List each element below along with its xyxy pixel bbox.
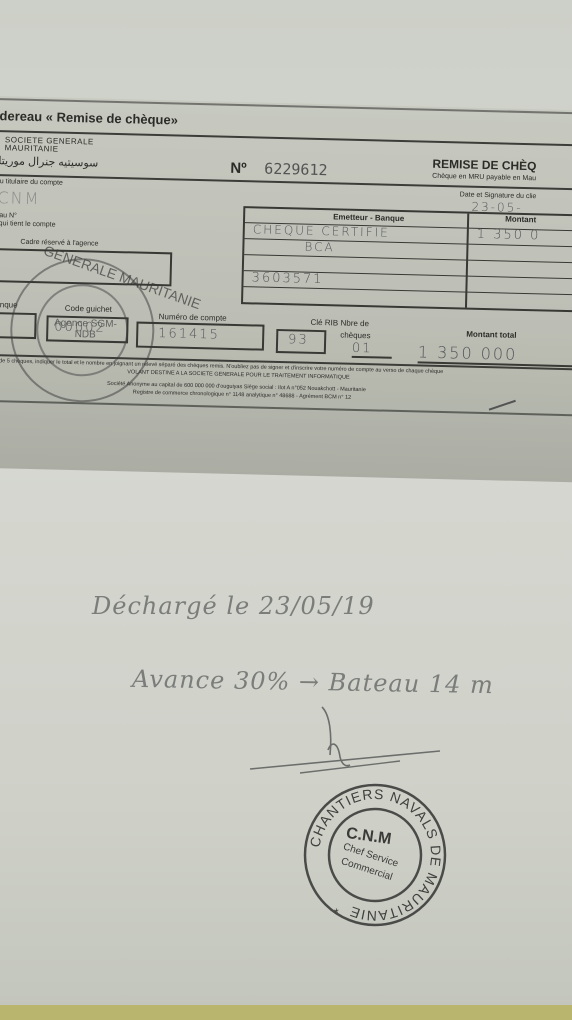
table-row-1-amount: 1 350 0: [477, 227, 541, 244]
bank-code-label: banque: [0, 300, 18, 310]
slip-number: 6229612: [264, 160, 328, 180]
account-number-box: 161415: [136, 322, 265, 351]
deposit-slip: dereau « Remise de chèque» SOCIETE GENER…: [0, 96, 572, 483]
company-stamp: CHANTIERS NAVALS DE MAURITANIE C.N.M Che…: [300, 780, 450, 930]
holder-value: CNM: [0, 188, 41, 208]
holder-label: du titulaire du compte: [0, 178, 63, 187]
table-row-2-emitter: BCA: [304, 240, 335, 255]
cheque-count-value: 01: [352, 341, 392, 359]
total-amount-label: Montant total: [466, 330, 516, 340]
agency-account-label: e qui tient le compte: [0, 220, 56, 229]
signature-icon: [240, 705, 450, 775]
amount-header: Montant: [505, 215, 536, 225]
slip-signature-icon: [486, 390, 516, 410]
bank-country: MAURITANIE: [5, 143, 59, 153]
account-number-value: 161415: [158, 326, 220, 343]
account-number-label: Numéro de compte: [159, 312, 227, 323]
agency-label: reau N°: [0, 212, 17, 220]
slip-title: dereau « Remise de chèque»: [0, 108, 178, 127]
table-row-1-emitter: CHEQUE CERTIFIE: [253, 222, 390, 239]
slip-subheading: Chèque en MRU payable en Mau: [432, 173, 536, 183]
rib-key-label: Clé RIB: [310, 318, 338, 328]
table-row-4-emitter: 3603571: [251, 270, 323, 287]
branch-code-value: 00002: [54, 320, 106, 336]
cheque-table: Emetteur - Banque Montant CHEQUE CERTIFI…: [241, 206, 572, 312]
rib-key-value: 93: [288, 332, 309, 347]
emitter-header: Emetteur - Banque: [333, 212, 404, 223]
table-surface: [0, 1005, 572, 1020]
cheque-count-label: Nbre de: [340, 319, 369, 329]
branch-code-box: 00002: [46, 315, 129, 343]
slip-heading: REMISE DE CHÈQ: [432, 157, 536, 174]
branch-code-label: Code guichet: [65, 304, 112, 314]
rib-key-box: 93: [276, 329, 327, 354]
handwritten-discharge-note: Déchargé le 23/05/19: [92, 592, 375, 620]
slip-number-label: Nº: [230, 160, 247, 177]
bank-name-arabic: سوسيتيه جنرال موريتا: [0, 154, 99, 169]
stamp-star-icon: *: [334, 906, 339, 920]
cheque-count-label-2: chèques: [340, 331, 370, 341]
bank-code-box: [0, 312, 37, 339]
total-amount-value: 1 350 000: [418, 342, 572, 367]
